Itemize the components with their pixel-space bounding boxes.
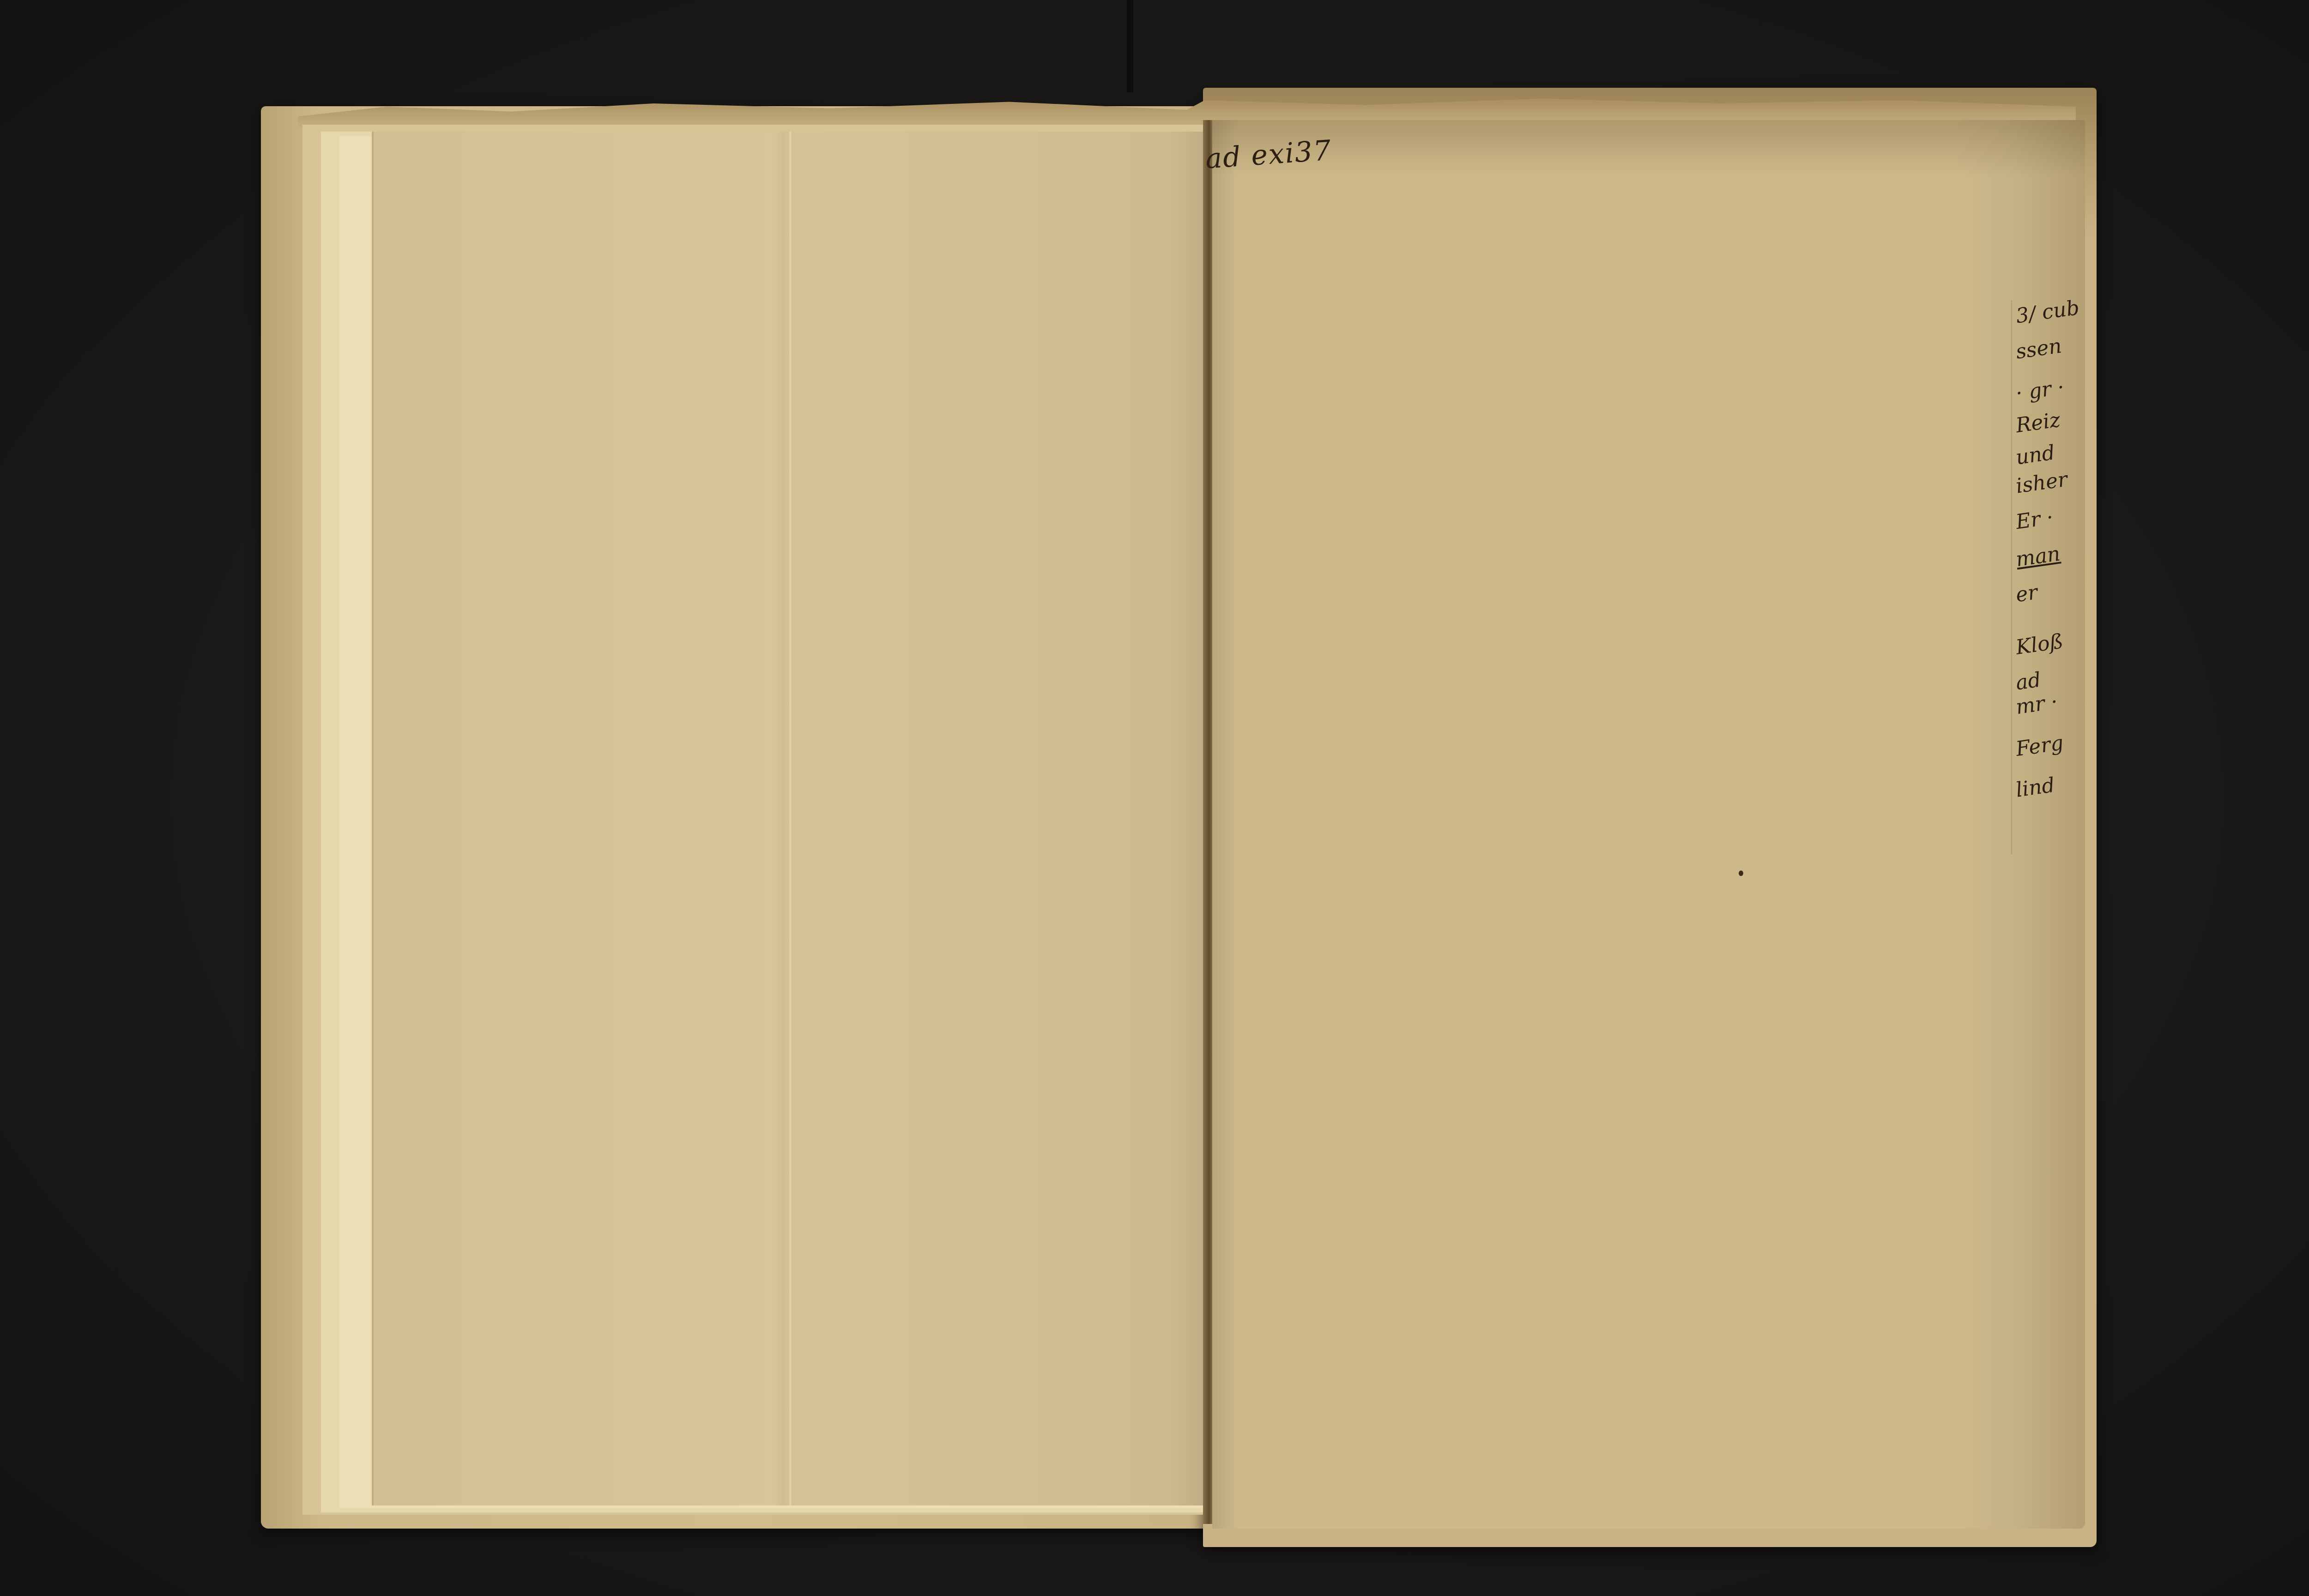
margin-fragment: und: [2014, 441, 2056, 469]
margin-fragment: mr ·: [2014, 690, 2059, 719]
margin-fragment: man: [2014, 542, 2061, 572]
margin-fragment: 3/ cub: [2014, 296, 2081, 328]
left-page[interactable]: [372, 132, 1209, 1505]
margin-fragment: isher: [2014, 467, 2069, 498]
margin-fragment: · gr ·: [2014, 375, 2066, 405]
margin-text-fragments: 3/ cub ssen · gr · Reiz und isher Er · m…: [2011, 300, 2081, 854]
margin-fragment: Ferg: [2014, 731, 2065, 761]
margin-fragment: ssen: [2014, 334, 2063, 363]
ink-speck: [1739, 871, 1743, 876]
margin-fragment: Er ·: [2014, 506, 2055, 534]
margin-fragment: lind: [2014, 773, 2056, 802]
backdrop-seam: [1127, 0, 1133, 92]
right-page[interactable]: [1212, 120, 2085, 1529]
margin-fragment: ad: [2014, 668, 2043, 695]
margin-fragment: Reiz: [2014, 408, 2062, 438]
margin-fragment: Kloß: [2014, 629, 2065, 659]
open-book: [261, 88, 2097, 1547]
page-fold-line: [789, 132, 791, 1505]
margin-fragment: er: [2014, 580, 2039, 607]
